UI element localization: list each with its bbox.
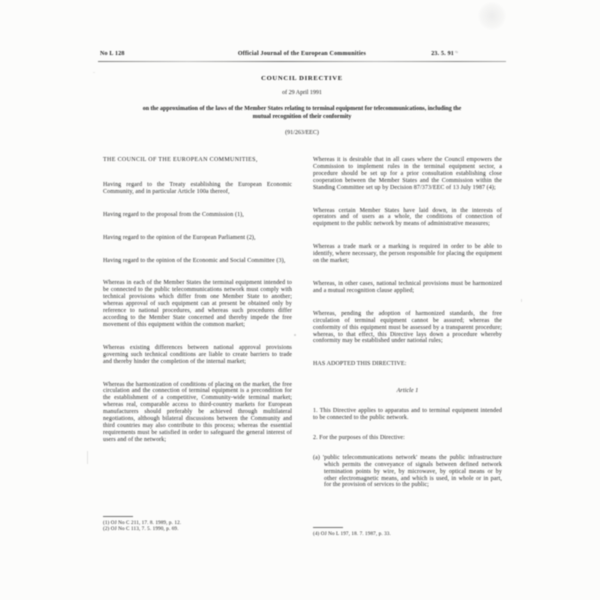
scan-layer: No L 128 Official Journal of the Europea… [0,0,600,600]
title-block: COUNCIL DIRECTIVE of 29 April 1991 on th… [98,75,506,136]
left-column: THE COUNCIL OF THE EUROPEAN COMMUNITIES,… [103,157,292,460]
footnote-1: (1) OJ No C 211, 17. 8. 1989, p. 12. [103,520,181,526]
article-1-definition-a: (a) 'public telecommunications network' … [313,455,502,490]
scan-speck [521,299,522,302]
scanned-document-page: No L 128 Official Journal of the Europea… [0,0,600,600]
right-column: Whereas it is desirable that in all case… [313,157,502,489]
left-footnotes: (1) OJ No C 211, 17. 8. 1989, p. 12. (2)… [103,516,181,532]
scan-speck [294,334,296,336]
recital-whereas-4: Whereas it is desirable that in all case… [313,157,502,192]
header-date: 23. 5. 91 [420,51,506,57]
recital-parliament: Having regard to the opinion of the Euro… [103,235,292,242]
directive-kind: COUNCIL DIRECTIVE [98,75,506,82]
recital-esc: Having regard to the opinion of the Econ… [103,258,292,265]
footnote-4: (4) OJ No L 197, 18. 7. 1987, p. 33. [313,531,391,537]
directive-number: (91/263/EEC) [98,130,506,136]
recital-whereas-7: Whereas, in other cases, national techni… [313,281,502,295]
footnote-2: (2) OJ No C 113, 7. 5. 1990, p. 69. [103,526,181,532]
footnote-rule [103,516,133,517]
article-1-heading: Article 1 [313,388,502,395]
recital-proposal: Having regard to the proposal from the C… [103,212,292,219]
recital-whereas-3: Whereas the harmonization of conditions … [103,382,292,444]
preamble-intro: THE COUNCIL OF THE EUROPEAN COMMUNITIES, [103,157,292,164]
recital-whereas-5: Whereas certain Member States have laid … [313,208,502,229]
scan-smudge [478,2,506,30]
recital-whereas-8: Whereas, pending the adoption of harmoni… [313,311,502,346]
recital-whereas-6: Whereas a trade mark or a marking is req… [313,244,502,265]
recital-whereas-1: Whereas in each of the Member States the… [103,280,292,328]
recital-treaty: Having regard to the Treaty establishing… [103,182,292,196]
recital-whereas-2: Whereas existing differences between nat… [103,345,292,366]
header-rule [98,61,506,62]
scan-speck [93,72,95,73]
directive-date: of 29 April 1991 [98,90,506,96]
footnote-rule [313,527,343,528]
enacting-formula: HAS ADOPTED THIS DIRECTIVE: [313,361,502,368]
scan-speck [87,451,88,464]
right-footnotes: (4) OJ No L 197, 18. 7. 1987, p. 33. [313,527,391,537]
directive-subject: on the approximation of the laws of the … [137,105,467,121]
article-1-para-2: 2. For the purposes of this Directive: [313,435,502,442]
article-1-para-1: 1. This Directive applies to apparatus a… [313,408,502,422]
